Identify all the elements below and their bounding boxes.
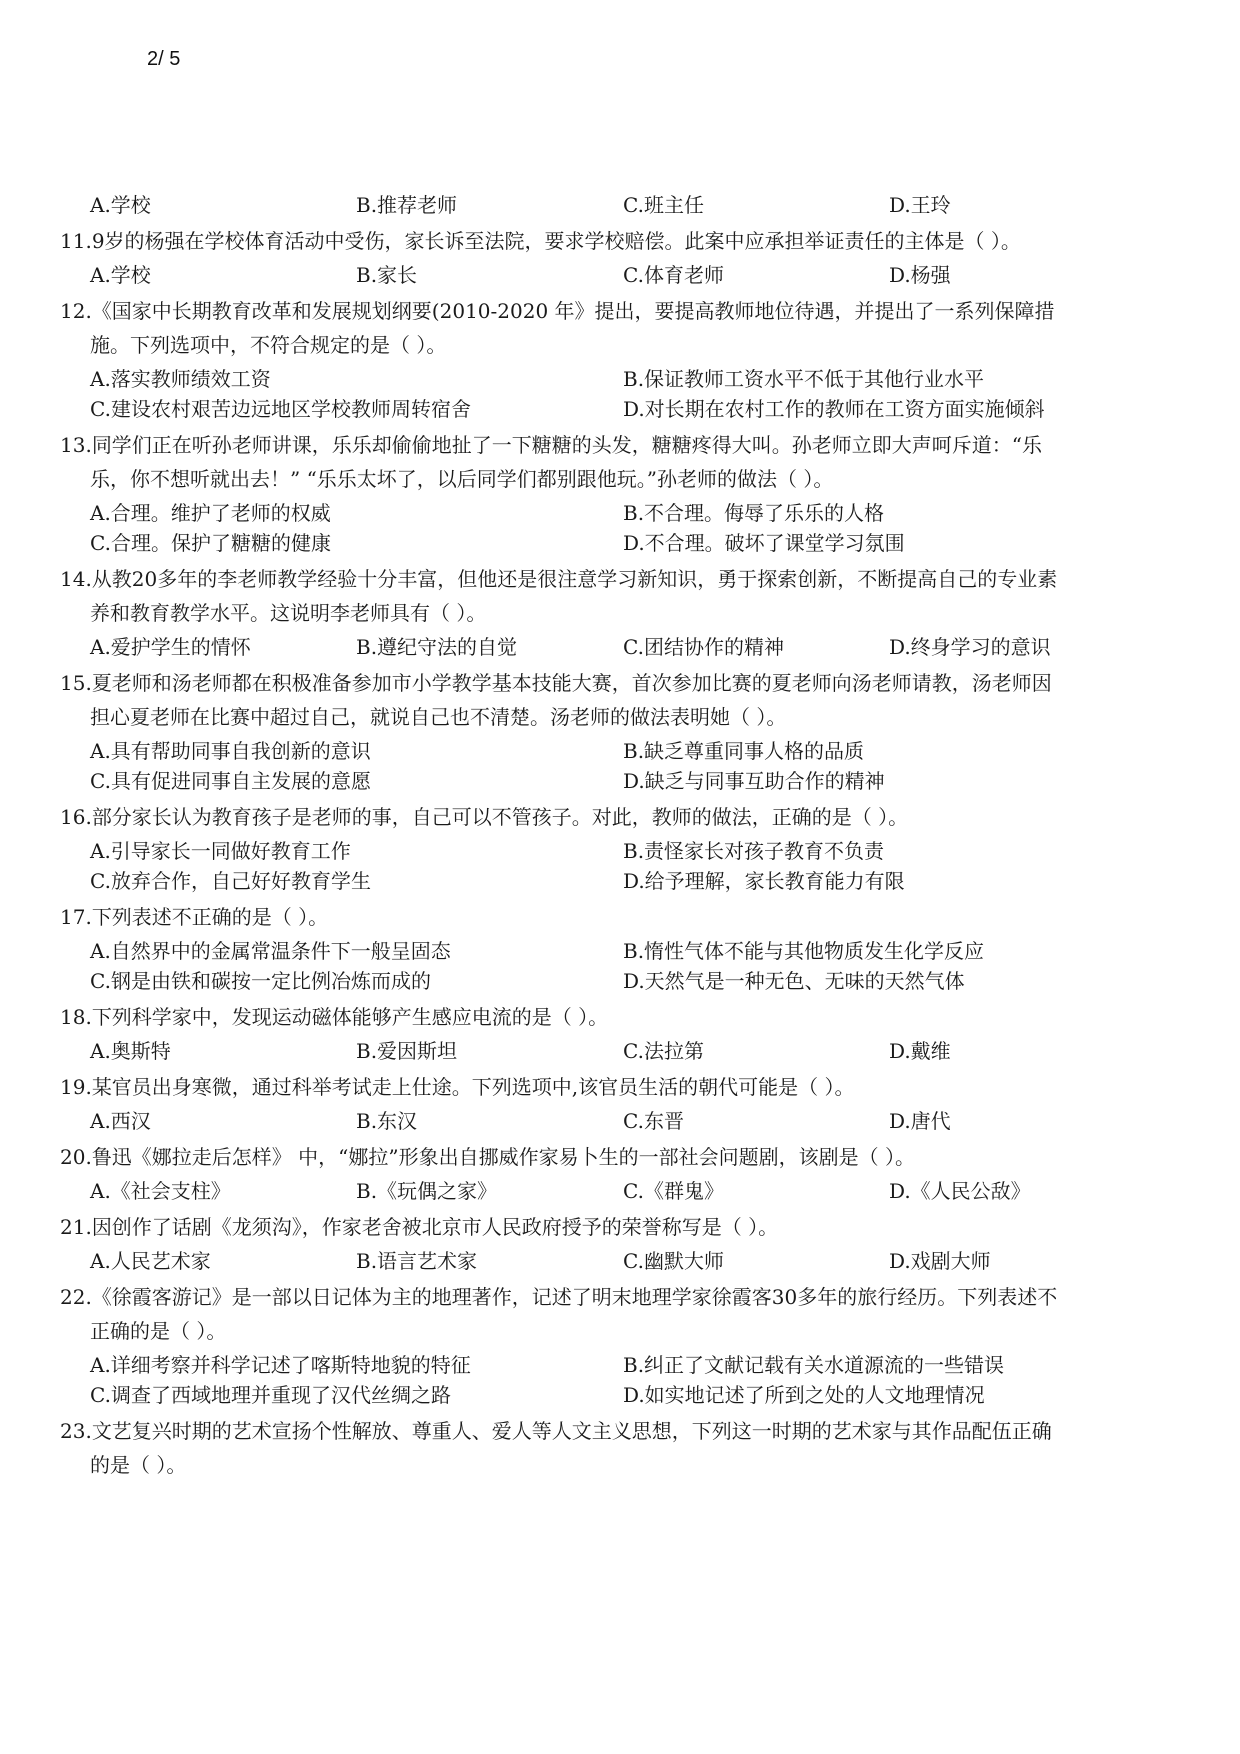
option-a: A.西汉: [90, 1104, 151, 1138]
question-number: 15.: [60, 671, 92, 695]
option-a: A.爱护学生的情怀: [90, 630, 251, 664]
question-stem: 因创作了话剧《龙须沟》，作家老舍被北京市人民政府授予的荣誉称写是（ ）。: [92, 1215, 778, 1239]
options: A.奥斯特 B.爱因斯坦 C.法拉第 D.戴维: [60, 1034, 1180, 1068]
option-a: A.自然界中的金属常温条件下一般呈固态: [90, 934, 451, 968]
option-d: D.不合理。破坏了课堂学习氛围: [623, 526, 905, 560]
option-d: D.终身学习的意识: [889, 630, 1051, 664]
question-stem: 夏老师和汤老师都在积极准备参加市小学教学基本技能大赛，首次参加比赛的夏老师向汤老…: [92, 671, 1052, 695]
options: A.西汉 B.东汉 C.东晋 D.唐代: [60, 1104, 1180, 1138]
question-15: 15.夏老师和汤老师都在积极准备参加市小学教学基本技能大赛，首次参加比赛的夏老师…: [60, 666, 1180, 798]
page-indicator: 2/ 5: [147, 48, 180, 71]
option-c: C.钢是由铁和碳按一定比例冶炼而成的: [90, 964, 431, 998]
question-22: 22.《徐霞客游记》是一部以日记体为主的地理著作，记述了明末地理学家徐霞客30多…: [60, 1280, 1180, 1412]
question-stem-continued: 养和教育教学水平。这说明李老师具有（ ）。: [60, 596, 1180, 630]
option-c: C.放弃合作，自己好好教育学生: [90, 864, 371, 898]
option-b: B.遵纪守法的自觉: [356, 630, 517, 664]
option-b: B.责怪家长对孩子教育不负责: [623, 834, 884, 868]
question-number: 18.: [60, 1005, 92, 1029]
options-row-2: C.放弃合作，自己好好教育学生 D.给予理解，家长教育能力有限: [60, 864, 1180, 898]
question-stem-continued: 正确的是（ ）。: [60, 1314, 1180, 1348]
option-d: D.天然气是一种无色、无味的天然气体: [623, 964, 965, 998]
question-number: 14.: [60, 567, 92, 591]
question-stem: 《徐霞客游记》是一部以日记体为主的地理著作，记述了明末地理学家徐霞客30多年的旅…: [92, 1285, 1057, 1309]
question-16: 16.部分家长认为教育孩子是老师的事，自己可以不管孩子。对此，教师的做法，正确的…: [60, 800, 1180, 898]
options: A.人民艺术家 B.语言艺术家 C.幽默大师 D.戏剧大师: [60, 1244, 1180, 1278]
question-number: 17.: [60, 905, 92, 929]
question-number: 11.: [60, 229, 92, 253]
exam-content: A.学校 B.推荐老师 C.班主任 D.王玲 11.9岁的杨强在学校体育活动中受…: [60, 188, 1180, 1482]
option-a: A.学校: [90, 188, 151, 222]
option-d: D.缺乏与同事互助合作的精神: [623, 764, 885, 798]
option-c: C.调查了西域地理并重现了汉代丝绸之路: [90, 1378, 451, 1412]
question-13: 13.同学们正在听孙老师讲课，乐乐却偷偷地扯了一下糖糖的头发，糖糖疼得大叫。孙老…: [60, 428, 1180, 560]
options-row-2: C.合理。保护了糖糖的健康 D.不合理。破坏了课堂学习氛围: [60, 526, 1180, 560]
option-b: B.爱因斯坦: [356, 1034, 457, 1068]
option-c: C.法拉第: [623, 1034, 704, 1068]
question-number: 12.: [60, 299, 92, 323]
option-b: B.惰性气体不能与其他物质发生化学反应: [623, 934, 984, 968]
question-stem-continued: 乐，你不想听就出去！” “乐乐太坏了，以后同学们都别跟他玩。”孙老师的做法（ ）…: [60, 462, 1180, 496]
question-number: 22.: [60, 1285, 92, 1309]
question-stem: 文艺复兴时期的艺术宣扬个性解放、尊重人、爱人等人文主义思想，下列这一时期的艺术家…: [92, 1419, 1052, 1443]
question-stem: 从教20多年的李老师教学经验十分丰富，但他还是很注意学习新知识，勇于探索创新，不…: [92, 567, 1057, 591]
question-stem-continued: 施。下列选项中，不符合规定的是（ ）。: [60, 328, 1180, 362]
option-c: C.幽默大师: [623, 1244, 724, 1278]
option-b: B.《玩偶之家》: [356, 1174, 497, 1208]
option-c: C.体育老师: [623, 258, 724, 292]
options-row-2: C.具有促进同事自主发展的意愿 D.缺乏与同事互助合作的精神: [60, 764, 1180, 798]
options-row-1: A.落实教师绩效工资 B.保证教师工资水平不低于其他行业水平: [60, 362, 1180, 396]
option-d: D.给予理解，家长教育能力有限: [623, 864, 905, 898]
question-stem: 同学们正在听孙老师讲课，乐乐却偷偷地扯了一下糖糖的头发，糖糖疼得大叫。孙老师立即…: [92, 433, 1042, 457]
question-21: 21.因创作了话剧《龙须沟》，作家老舍被北京市人民政府授予的荣誉称写是（ ）。 …: [60, 1210, 1180, 1278]
question-number: 21.: [60, 1215, 92, 1239]
option-a: A.人民艺术家: [90, 1244, 211, 1278]
question-19: 19.某官员出身寒微，通过科举考试走上仕途。下列选项中,该官员生活的朝代可能是（…: [60, 1070, 1180, 1138]
question-17: 17.下列表述不正确的是（ ）。 A.自然界中的金属常温条件下一般呈固态 B.惰…: [60, 900, 1180, 998]
question-stem: 部分家长认为教育孩子是老师的事，自己可以不管孩子。对此，教师的做法，正确的是（ …: [92, 805, 908, 829]
option-b: B.缺乏尊重同事人格的品质: [623, 734, 864, 768]
options: A.爱护学生的情怀 B.遵纪守法的自觉 C.团结协作的精神 D.终身学习的意识: [60, 630, 1180, 664]
question-stem: 9岁的杨强在学校体育活动中受伤，家长诉至法院，要求学校赔偿。此案中应承担举证责任…: [92, 229, 1021, 253]
question-number: 20.: [60, 1145, 92, 1169]
question-12: 12.《国家中长期教育改革和发展规划纲要(2010-2020 年》提出，要提高教…: [60, 294, 1180, 426]
option-c: C.建设农村艰苦边远地区学校教师周转宿舍: [90, 392, 471, 426]
option-b: B.东汉: [356, 1104, 417, 1138]
question-23: 23.文艺复兴时期的艺术宣扬个性解放、尊重人、爱人等人文主义思想，下列这一时期的…: [60, 1414, 1180, 1482]
option-c: C.班主任: [623, 188, 704, 222]
question-18: 18.下列科学家中，发现运动磁体能够产生感应电流的是（ ）。 A.奥斯特 B.爱…: [60, 1000, 1180, 1068]
question-14: 14.从教20多年的李老师教学经验十分丰富，但他还是很注意学习新知识，勇于探索创…: [60, 562, 1180, 664]
question-number: 16.: [60, 805, 92, 829]
option-d: D.《人民公敌》: [889, 1174, 1031, 1208]
option-b: B.语言艺术家: [356, 1244, 477, 1278]
question-stem-continued: 担心夏老师在比赛中超过自己，就说自己也不清楚。汤老师的做法表明她（ ）。: [60, 700, 1180, 734]
options-row-1: A.详细考察并科学记述了喀斯特地貌的特征 B.纠正了文献记载有关水道源流的一些错…: [60, 1348, 1180, 1382]
question-stem: 下列科学家中，发现运动磁体能够产生感应电流的是（ ）。: [92, 1005, 608, 1029]
options-row-1: A.引导家长一同做好教育工作 B.责怪家长对孩子教育不负责: [60, 834, 1180, 868]
options: A.《社会支柱》 B.《玩偶之家》 C.《群鬼》 D.《人民公敌》: [60, 1174, 1180, 1208]
options-row-2: C.调查了西域地理并重现了汉代丝绸之路 D.如实地记述了所到之处的人文地理情况: [60, 1378, 1180, 1412]
option-b: B.保证教师工资水平不低于其他行业水平: [623, 362, 984, 396]
option-d: D.戏剧大师: [889, 1244, 991, 1278]
option-c: C.具有促进同事自主发展的意愿: [90, 764, 371, 798]
options-row-2: C.建设农村艰苦边远地区学校教师周转宿舍 D.对长期在农村工作的教师在工资方面实…: [60, 392, 1180, 426]
option-d: D.对长期在农村工作的教师在工资方面实施倾斜: [623, 392, 1045, 426]
options-row-1: A.具有帮助同事自我创新的意识 B.缺乏尊重同事人格的品质: [60, 734, 1180, 768]
question-20: 20.鲁迅《娜拉走后怎样》 中，“娜拉”形象出自挪威作家易卜生的一部社会问题剧，…: [60, 1140, 1180, 1208]
option-a: A.《社会支柱》: [90, 1174, 231, 1208]
question-stem: 下列表述不正确的是（ ）。: [92, 905, 328, 929]
option-b: B.家长: [356, 258, 417, 292]
option-d: D.王玲: [889, 188, 951, 222]
option-a: A.合理。维护了老师的权威: [90, 496, 331, 530]
option-a: A.具有帮助同事自我创新的意识: [90, 734, 371, 768]
option-d: D.杨强: [889, 258, 951, 292]
question-stem: 鲁迅《娜拉走后怎样》 中，“娜拉”形象出自挪威作家易卜生的一部社会问题剧，该剧是…: [92, 1145, 915, 1169]
option-d: D.如实地记述了所到之处的人文地理情况: [623, 1378, 985, 1412]
question-stem-continued: 的是（ ）。: [60, 1448, 1180, 1482]
option-c: C.合理。保护了糖糖的健康: [90, 526, 331, 560]
option-a: A.奥斯特: [90, 1034, 171, 1068]
options: A.学校 B.家长 C.体育老师 D.杨强: [60, 258, 1180, 292]
option-c: C.东晋: [623, 1104, 684, 1138]
question-number: 13.: [60, 433, 92, 457]
option-b: B.不合理。侮辱了乐乐的人格: [623, 496, 884, 530]
option-d: D.唐代: [889, 1104, 951, 1138]
question-stem: 某官员出身寒微，通过科举考试走上仕途。下列选项中,该官员生活的朝代可能是（ ）。: [92, 1075, 855, 1099]
option-d: D.戴维: [889, 1034, 951, 1068]
options-row-1: A.合理。维护了老师的权威 B.不合理。侮辱了乐乐的人格: [60, 496, 1180, 530]
option-c: C.《群鬼》: [623, 1174, 724, 1208]
option-b: B.推荐老师: [356, 188, 457, 222]
question-number: 19.: [60, 1075, 92, 1099]
option-a: A.引导家长一同做好教育工作: [90, 834, 351, 868]
option-c: C.团结协作的精神: [623, 630, 784, 664]
option-b: B.纠正了文献记载有关水道源流的一些错误: [623, 1348, 1004, 1382]
option-a: A.详细考察并科学记述了喀斯特地貌的特征: [90, 1348, 471, 1382]
question-number: 23.: [60, 1419, 92, 1443]
options-row-1: A.自然界中的金属常温条件下一般呈固态 B.惰性气体不能与其他物质发生化学反应: [60, 934, 1180, 968]
options-row-2: C.钢是由铁和碳按一定比例冶炼而成的 D.天然气是一种无色、无味的天然气体: [60, 964, 1180, 998]
option-a: A.学校: [90, 258, 151, 292]
question-11: 11.9岁的杨强在学校体育活动中受伤，家长诉至法院，要求学校赔偿。此案中应承担举…: [60, 224, 1180, 292]
question-stem: 《国家中长期教育改革和发展规划纲要(2010-2020 年》提出，要提高教师地位…: [92, 299, 1055, 323]
option-a: A.落实教师绩效工资: [90, 362, 271, 396]
prev-question-options: A.学校 B.推荐老师 C.班主任 D.王玲: [60, 188, 1180, 222]
